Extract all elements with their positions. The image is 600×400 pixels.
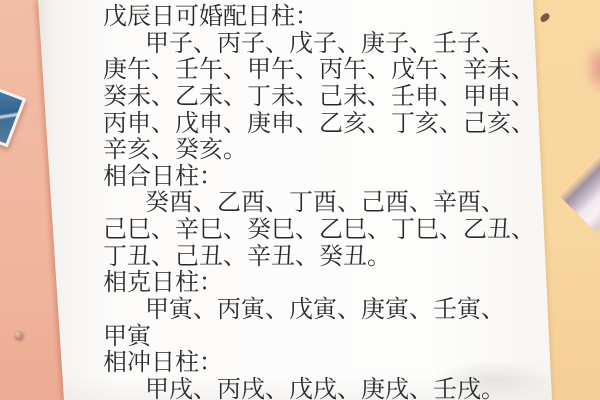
section-heading-0: 戊辰日可婚配日柱： — [103, 3, 555, 30]
section-0-line-3: 丙申、戊申、庚申、乙亥、丁亥、己亥、 — [103, 110, 555, 137]
section-1-line-2: 丁丑、己丑、辛丑、癸丑。 — [103, 243, 555, 270]
section-0-line-0: 甲子、丙子、戊子、庚子、壬子、 — [103, 30, 555, 57]
section-0-line-1: 庚午、壬午、甲午、丙午、戊午、辛未、 — [103, 56, 555, 83]
section-heading-1: 相合日柱： — [103, 163, 555, 190]
section-1-line-0: 癸酉、乙酉、丁酉、己酉、辛酉、 — [103, 189, 555, 216]
section-3-line-0: 甲戌、丙戌、戊戌、庚戌、壬戌。 — [103, 376, 555, 400]
document-text: 戊辰日可婚配日柱：甲子、丙子、戊子、庚子、壬子、庚午、壬午、甲午、丙午、戊午、辛… — [103, 3, 555, 400]
section-heading-3: 相冲日柱： — [103, 349, 555, 376]
section-1-line-1: 己巳、辛巳、癸巳、乙巳、丁巳、乙丑、 — [103, 216, 555, 243]
page-background: 戊辰日可婚配日柱：甲子、丙子、戊子、庚子、壬子、庚午、壬午、甲午、丙午、戊午、辛… — [0, 0, 600, 400]
section-2-line-0: 甲寅、丙寅、戊寅、庚寅、壬寅、 — [103, 296, 555, 323]
section-2-line-1: 甲寅 — [103, 323, 555, 350]
section-0-line-4: 辛亥、癸亥。 — [103, 136, 555, 163]
section-heading-2: 相克日柱： — [103, 269, 555, 296]
section-0-line-2: 癸未、乙未、丁未、己未、壬申、甲申、 — [103, 83, 555, 110]
